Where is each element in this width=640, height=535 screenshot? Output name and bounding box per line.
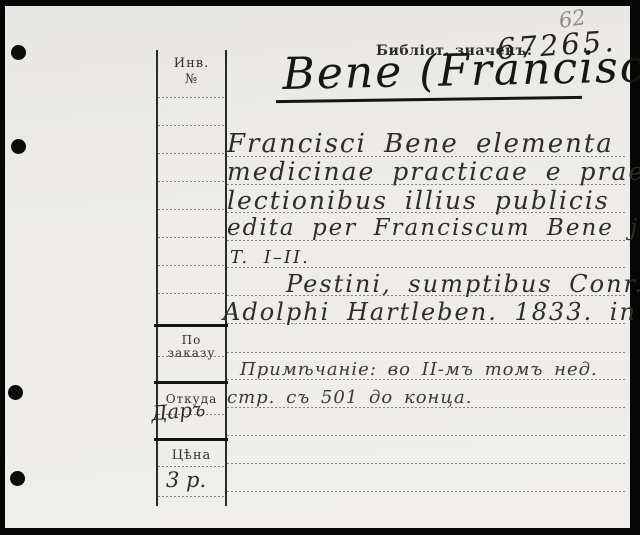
dotted-rule xyxy=(158,496,225,497)
order-label: По заказу xyxy=(157,334,226,359)
section-separator xyxy=(154,324,228,327)
author-heading: Bene (Franciscus) xyxy=(282,44,640,97)
entry-line: Francisci Bene elementa xyxy=(227,131,614,157)
dotted-rule xyxy=(227,463,627,464)
dotted-rule xyxy=(227,352,627,353)
dotted-rule xyxy=(158,237,225,238)
inventory-label: Инв. xyxy=(157,57,226,71)
dotted-rule xyxy=(158,153,225,154)
inventory-number-sign: № xyxy=(157,73,226,87)
dotted-rule xyxy=(158,181,225,182)
punch-hole xyxy=(10,471,25,486)
dotted-rule xyxy=(227,491,627,492)
dotted-rule xyxy=(158,125,225,126)
dotted-rule xyxy=(158,466,225,467)
entry-line: medicinae practicae e prae- xyxy=(227,159,640,184)
dotted-rule xyxy=(158,293,225,294)
section-separator xyxy=(154,381,228,384)
dotted-rule xyxy=(158,97,225,98)
entry-line-imprint: Adolphi Hartleben. 1833. in 8° xyxy=(223,300,640,324)
entry-line-imprint: Pestini, sumptibus Conr. xyxy=(286,272,640,296)
punch-hole xyxy=(8,385,23,400)
dotted-rule xyxy=(158,265,225,266)
dotted-rule xyxy=(227,435,627,436)
punch-hole xyxy=(11,45,26,60)
scanned-photo-frame: Инв. № По заказу Откуда Цѣна Даръ 3 р. 6… xyxy=(0,0,640,535)
entry-line-volumes: T. I–II. xyxy=(230,249,310,267)
punch-hole xyxy=(11,139,26,154)
note-line: Примѣчаніе: во II-мъ томъ нед. xyxy=(240,361,598,379)
entry-line: lectionibus illius publicis xyxy=(227,188,610,213)
section-separator xyxy=(154,438,228,441)
origin-value-handwritten: Даръ xyxy=(150,399,206,424)
note-line: стр. съ 501 до конца. xyxy=(227,389,472,407)
dotted-rule xyxy=(158,209,225,210)
price-label: Цѣна xyxy=(157,449,226,463)
price-value-handwritten: 3 р. xyxy=(166,470,206,491)
entry-line: edita per Franciscum Bene jun. xyxy=(227,217,640,240)
